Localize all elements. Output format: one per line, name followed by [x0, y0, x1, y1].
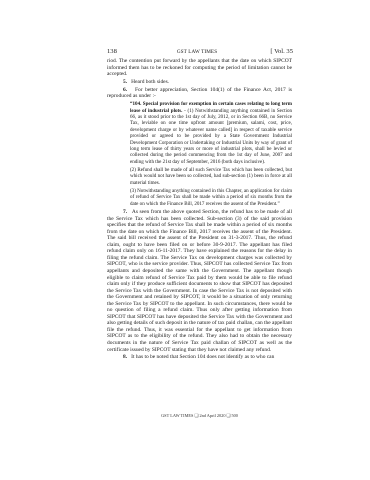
paragraph-text: As seen from the above quoted Section, t… [107, 209, 292, 352]
paragraph-number: 6. [123, 87, 127, 93]
paragraph-number: 5. [123, 79, 127, 85]
paragraph-text: It has to be noted that Section 104 does… [131, 354, 274, 360]
quote-subsection-1: “104. Special provision for exemption in… [130, 101, 292, 165]
page-header: 138 GST LAW TIMES [ Vol. 35 [107, 47, 287, 57]
paragraph-5: 5. Heard both sides. [107, 79, 292, 86]
volume-label: [ Vol. 35 [270, 47, 293, 57]
paragraph-number: 7. [123, 209, 127, 215]
page-body: riod. The contention put forward by the … [107, 58, 292, 362]
subsection-text: - (1) Notwithstanding anything contained… [130, 108, 292, 165]
page-footer: GST LAW TIMES ❑ 2nd April 2020 ❑ 500 [107, 413, 292, 419]
quote-subsection-3: (3) Notwithstanding anything contained i… [130, 188, 292, 207]
paragraph-8: 8. It has to be noted that Section 104 d… [107, 354, 292, 361]
quoted-section: “104. Special provision for exemption in… [130, 101, 292, 207]
paragraph-continued: riod. The contention put forward by the … [107, 58, 292, 78]
document-page: 138 GST LAW TIMES [ Vol. 35 riod. The co… [0, 0, 370, 480]
paragraph-7: 7. As seen from the above quoted Section… [107, 209, 292, 353]
journal-title: GST LAW TIMES [107, 47, 287, 57]
paragraph-text: Heard both sides. [131, 79, 169, 85]
paragraph-6: 6. For better appreciation, Section 104(… [107, 87, 292, 100]
paragraph-number: 8. [123, 354, 127, 360]
quote-subsection-2: (2) Refund shall be made of all such Ser… [130, 167, 292, 186]
paragraph-text: For better appreciation, Section 104(1) … [107, 87, 292, 100]
